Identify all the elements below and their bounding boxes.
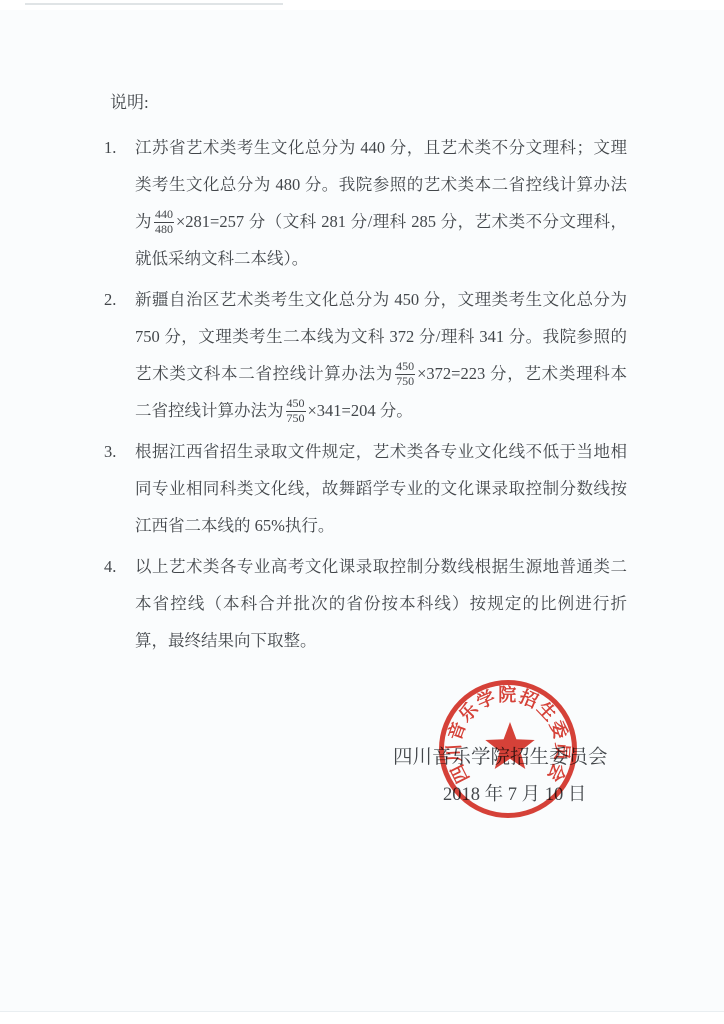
note-number: 1. (104, 129, 135, 277)
star-icon (485, 722, 534, 769)
fraction: 450750 (286, 397, 306, 426)
note-number: 3. (104, 433, 135, 544)
note-item: 3.根据江西省招生录取文件规定，艺术类各专业文化线不低于当地相同专业相同科类文化… (104, 433, 627, 544)
note-item: 1.江苏省艺术类考生文化总分为 440 分，且艺术类不分文理科；文理类考生文化总… (104, 129, 627, 277)
official-seal: 四川音乐学院招生委员会 (428, 669, 588, 829)
note-text: 江苏省艺术类考生文化总分为 440 分，且艺术类不分文理科；文理类考生文化总分为… (135, 129, 627, 277)
scan-edge-artifact-bottom (0, 1011, 724, 1012)
scan-edge-artifact-top (25, 3, 283, 5)
note-number: 2. (104, 281, 135, 429)
note-item: 2.新疆自治区艺术类考生文化总分为 450 分，文理类考生文化总分为 750 分… (104, 281, 627, 429)
scanned-document-page: 说明: 1.江苏省艺术类考生文化总分为 440 分，且艺术类不分文理科；文理类考… (0, 0, 724, 1024)
note-text: 根据江西省招生录取文件规定，艺术类各专业文化线不低于当地相同专业相同科类文化线，… (135, 433, 627, 544)
note-number: 4. (104, 548, 135, 659)
note-item: 4.以上艺术类各专业高考文化课录取控制分数线根据生源地普通类二本省控线（本科合并… (104, 548, 627, 659)
note-text: 新疆自治区艺术类考生文化总分为 450 分，文理类考生文化总分为 750 分，文… (135, 281, 627, 429)
note-text: 以上艺术类各专业高考文化课录取控制分数线根据生源地普通类二本省控线（本科合并批次… (135, 548, 627, 659)
fraction: 450750 (395, 360, 415, 389)
fraction: 440480 (154, 208, 174, 237)
notes-heading: 说明: (110, 92, 149, 114)
notes-list: 1.江苏省艺术类考生文化总分为 440 分，且艺术类不分文理科；文理类考生文化总… (104, 129, 627, 663)
